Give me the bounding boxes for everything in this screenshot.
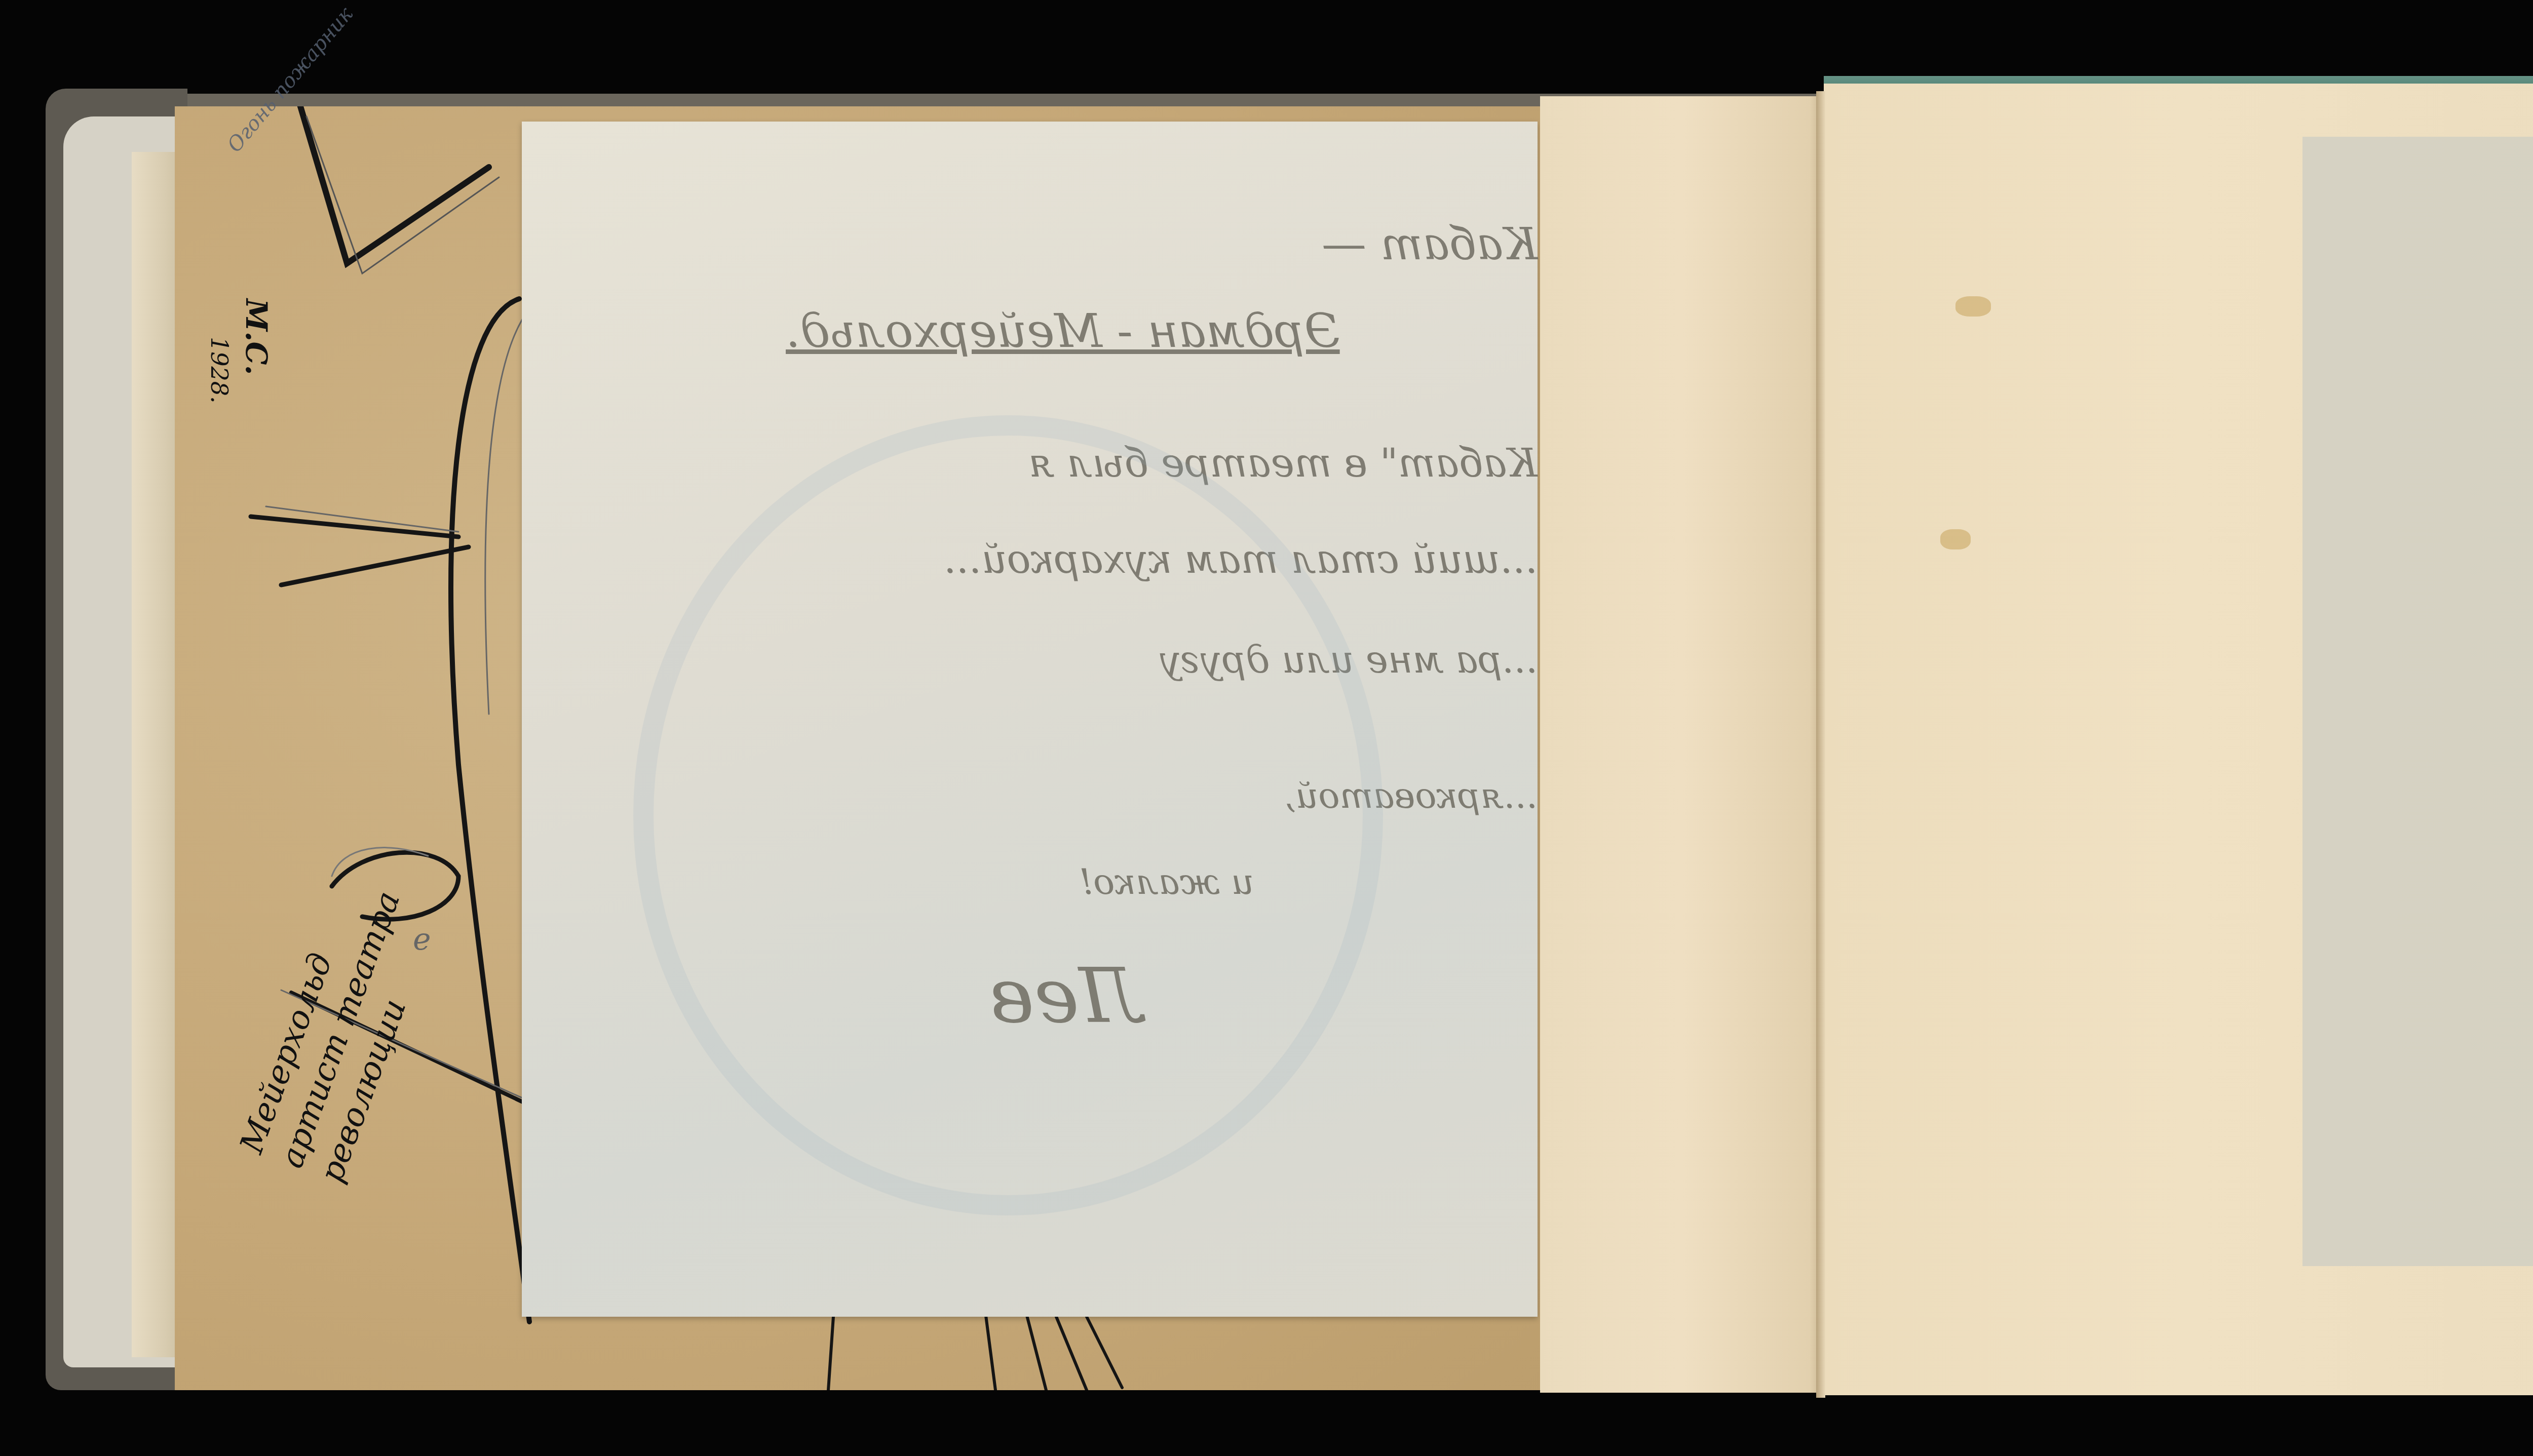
album-spine [1816, 91, 1825, 1398]
year-note: 1928. [206, 337, 233, 404]
initials: М.С. [239, 299, 274, 375]
cream-flap-page [1540, 96, 1824, 1393]
bleed-through-sketch [633, 415, 1383, 1215]
mirrored-title: Эрдман - Мейерхольд. [786, 304, 1340, 358]
stain [1940, 529, 1971, 549]
stain [1955, 296, 1991, 317]
grey-overlay-sheet [2302, 137, 2533, 1266]
mirrored-line: Кабат — [1322, 218, 1538, 270]
